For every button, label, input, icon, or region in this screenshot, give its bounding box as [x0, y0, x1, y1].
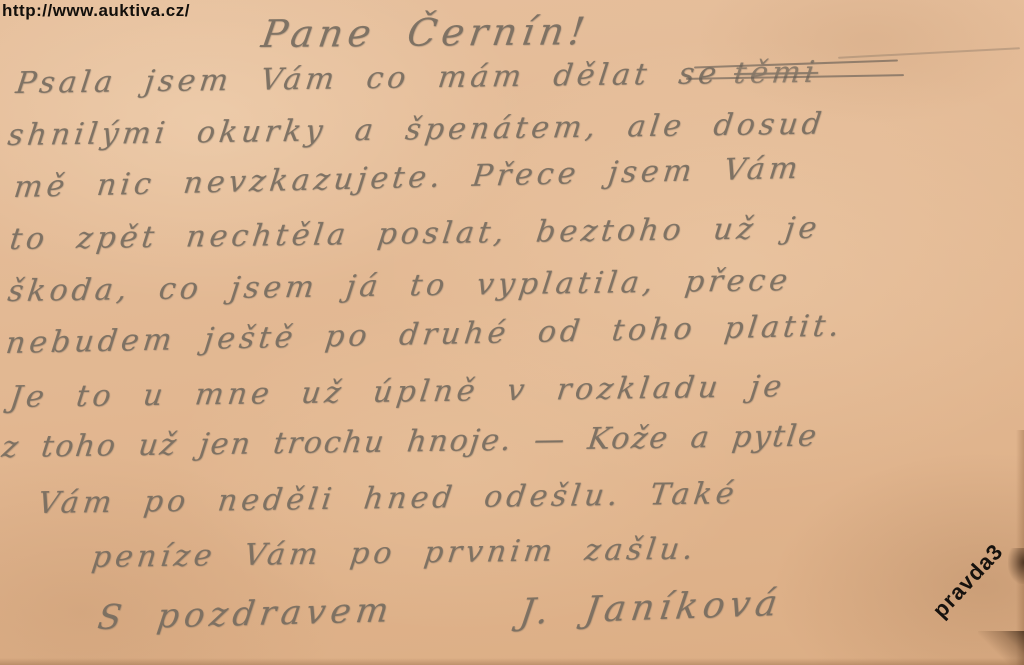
pencil-strike-line	[838, 47, 1020, 59]
closing-line: S pozdravem	[95, 590, 396, 638]
paper-edge-shadow	[0, 658, 1024, 665]
salutation-line: Pane Černín!	[259, 9, 593, 56]
handwritten-line: peníze Vám po prvnim zašlu.	[90, 532, 699, 575]
handwritten-line: mě nic nevzkazujete. Přece jsem Vám	[12, 151, 804, 205]
line-text: Psala jsem Vám co mám dělat se	[14, 56, 723, 101]
handwritten-line: to zpět nechtěla poslat, beztoho už je	[8, 211, 823, 257]
watermark-url-text: http://www.auktiva.cz/	[2, 1, 190, 21]
paper-corner-shadow	[978, 631, 1024, 665]
watermark-seller-text: pravda3	[918, 528, 1019, 633]
struck-word: těmi	[732, 55, 820, 91]
postcard-scan: http://www.auktiva.cz/ Pane Černín! Psal…	[0, 0, 1024, 665]
handwritten-line: škoda, co jsem já to vyplatila, přece	[6, 263, 794, 309]
handwritten-line: Je to u mne už úplně v rozkladu je	[8, 369, 788, 415]
handwritten-line: z toho už jen trochu hnoje. — Kože a pyt…	[0, 419, 820, 465]
signature-line: J. Janíková	[517, 583, 785, 633]
handwritten-line: nebudem ještě po druhé od toho platit.	[4, 309, 845, 361]
handwritten-line: shnilými okurky a špenátem, ale dosud	[6, 107, 828, 153]
handwritten-line: Vám po neděli hned odešlu. Také	[36, 476, 740, 521]
